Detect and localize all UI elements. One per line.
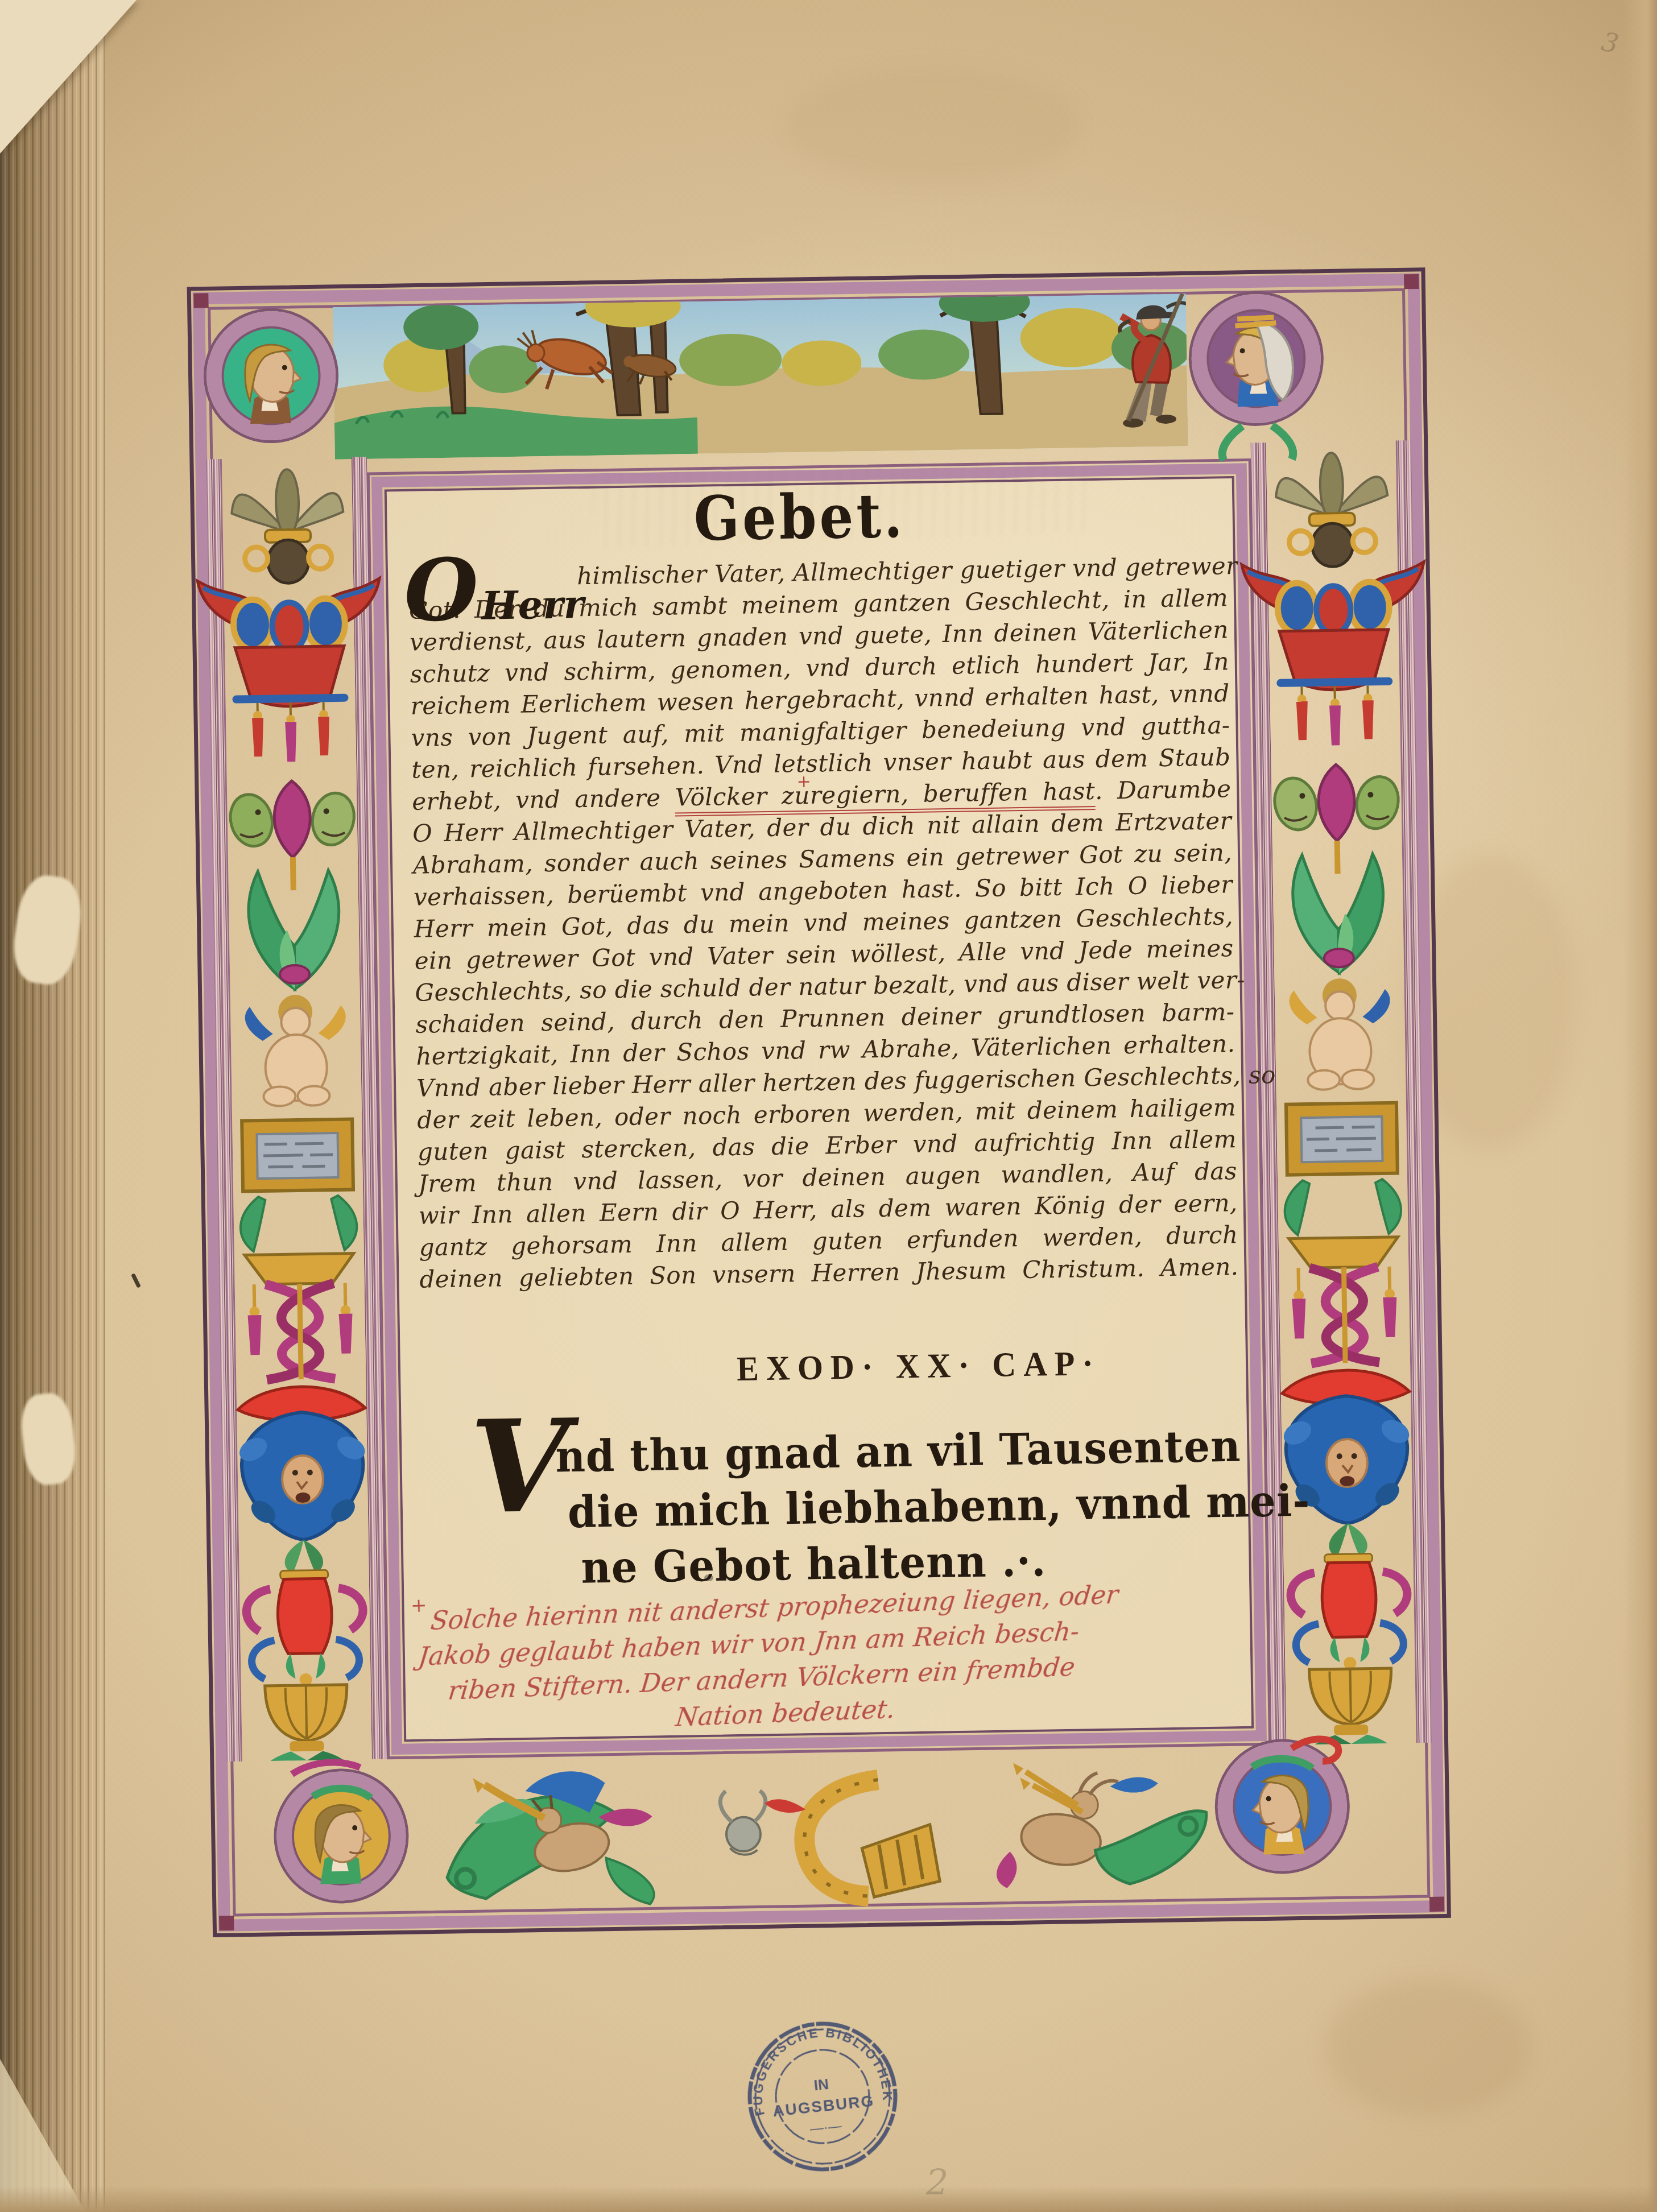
pencil-page-number: 2 (926, 2161, 948, 2203)
manuscript-page-scan: 3 2 (0, 0, 1657, 2212)
verse-line: nd thu gnad an vil Tausenten (555, 1420, 1241, 1482)
bottom-border-ornament (445, 1760, 1208, 1907)
right-border-ornament (1240, 440, 1443, 1746)
medallion-bottom-left (274, 1761, 408, 1903)
paper-edge-right (1623, 0, 1657, 2212)
verse-initial: V (469, 1403, 570, 1532)
red-cross-mark: + (796, 766, 811, 798)
book-gutter-page-edges (0, 0, 105, 2212)
medallion-top-right (1189, 292, 1324, 461)
left-border-ornament (196, 457, 398, 1762)
verse-line: die mich liebhabenn, vnnd mei- (567, 1475, 1311, 1538)
ink-mark (131, 1273, 141, 1288)
curled-corner-top-left (0, 0, 137, 154)
medallion-bottom-right (1215, 1739, 1349, 1874)
page-title: Gebet. (378, 476, 1222, 560)
paper-edge-bottom (0, 2186, 1657, 2212)
chapter-heading: EXOD· XX· CAP· (497, 1339, 1341, 1393)
bible-verse: V nd thu gnad an vil Tausenten die mich … (403, 1411, 1246, 1424)
illuminated-frame-artwork: Gebet. OHerr himlischer Vater, Allmechti… (183, 264, 1455, 1941)
library-stamp: FUGGERSCHE BIBLIOTHEK IN AUGSBURG —·— (729, 2003, 916, 2190)
medallion-top-left (204, 309, 338, 443)
annotation-cross-mark: + (410, 1587, 428, 1623)
text-panel: Gebet. OHerr himlischer Vater, Allmechti… (388, 479, 1251, 1754)
paper-stain (785, 68, 1081, 182)
stamp-center-top: IN (813, 2075, 829, 2094)
stamp-ornament: —·— (809, 2118, 842, 2137)
marginal-annotation-red: + Solche hierinn nit anderst prophezeiun… (414, 1573, 1226, 1745)
prayer-text: OHerr himlischer Vater, Allmechtiger gue… (408, 550, 1239, 1295)
red-underlined-phrase: Völcker zuregiern, beruffen hast (675, 777, 1095, 817)
paper-stain (1325, 1979, 1530, 2116)
folio-mark: 3 (1599, 26, 1622, 60)
stamp-center-bottom: AUGSBURG (772, 2092, 875, 2120)
